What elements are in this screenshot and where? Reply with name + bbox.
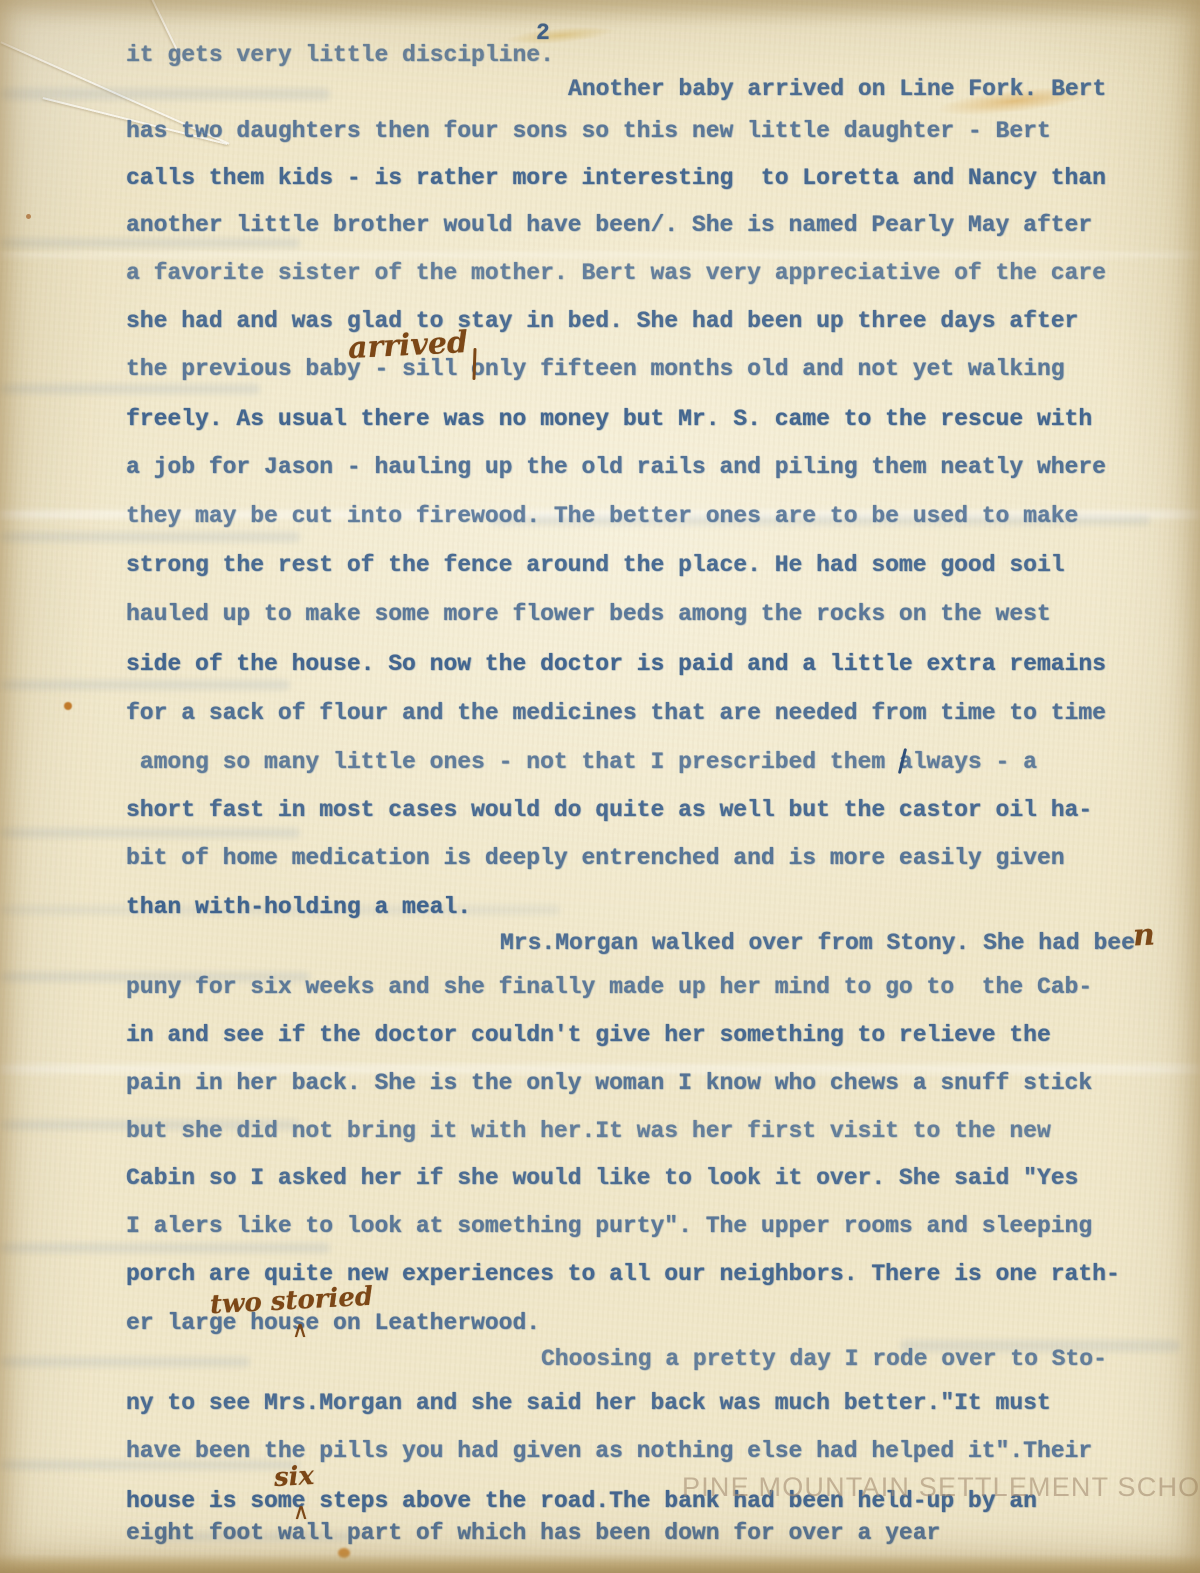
typed-line: side of the house. So now the doctor is … <box>126 651 1106 677</box>
typed-line: among so many little ones - not that I p… <box>126 749 1037 775</box>
handwritten-annotation: n <box>1132 917 1156 953</box>
letter-page: it gets very little discipline.Another b… <box>0 0 1200 1573</box>
typed-line: bit of home medication is deeply entrenc… <box>126 845 1065 871</box>
stain <box>338 1548 350 1558</box>
ink-ghost <box>0 532 300 542</box>
typed-line: Choosing a pretty day I rode over to Sto… <box>541 1346 1107 1372</box>
ink-ghost <box>0 384 260 394</box>
typed-line: Cabin so I asked her if she would like t… <box>126 1165 1078 1191</box>
ink-ghost <box>0 1357 250 1367</box>
typed-line: she had and was glad to stay in bed. She… <box>126 308 1078 334</box>
typed-line: a job for Jason - hauling up the old rai… <box>126 454 1106 480</box>
ink-ghost <box>0 238 300 248</box>
ink-ghost <box>0 828 300 838</box>
typed-line: for a sack of flour and the medicines th… <box>126 700 1106 726</box>
typed-line: than with-holding a meal. <box>126 894 471 920</box>
typed-line: another little brother would have been/.… <box>126 212 1092 238</box>
typed-line: freely. As usual there was no money but … <box>126 406 1092 432</box>
typed-line: hauled up to make some more flower beds … <box>126 601 1051 627</box>
typed-line: has two daughters then four sons so this… <box>126 118 1051 144</box>
typed-line: the previous baby - sill only fifteen mo… <box>126 356 1065 382</box>
typed-line: short fast in most cases would do quite … <box>126 797 1092 823</box>
paper-bottom-edge <box>0 1554 1200 1573</box>
handwritten-caret: ∧ <box>293 1500 309 1525</box>
typed-line: in and see if the doctor couldn't give h… <box>126 1022 1051 1048</box>
page-number: 2 <box>536 20 550 46</box>
typed-line: Another baby arrived on Line Fork. Bert <box>568 76 1106 102</box>
typed-line: have been the pills you had given as not… <box>126 1438 1092 1464</box>
typed-line: I alers like to look at something purty"… <box>126 1213 1092 1239</box>
fold-band <box>0 252 1200 258</box>
typed-line: ny to see Mrs.Morgan and she said her ba… <box>126 1390 1051 1416</box>
typed-line: pain in her back. She is the only woman … <box>126 1070 1092 1096</box>
typed-line: porch are quite new experiences to all o… <box>126 1261 1120 1287</box>
stain <box>26 214 31 219</box>
typed-line: puny for six weeks and she finally made … <box>126 974 1092 1000</box>
typed-line: eight foot wall part of which has been d… <box>126 1520 940 1546</box>
handwritten-caret: ∧ <box>292 1318 308 1343</box>
typed-line: they may be cut into firewood. The bette… <box>126 503 1078 529</box>
typed-line: it gets very little discipline. <box>126 42 554 68</box>
ink-ghost <box>0 680 290 690</box>
typed-line: Mrs.Morgan walked over from Stony. She h… <box>500 930 1135 956</box>
typed-line: a favorite sister of the mother. Bert wa… <box>126 260 1106 286</box>
ink-ghost <box>0 1243 330 1253</box>
handwritten-annotation: six <box>273 1461 315 1493</box>
typed-line: strong the rest of the fence around the … <box>126 552 1065 578</box>
typed-line: but she did not bring it with her.It was… <box>126 1118 1051 1144</box>
watermark: PINE MOUNTAIN SETTLEMENT SCHOOL 2015 <box>682 1472 1200 1503</box>
stain <box>64 702 72 710</box>
typed-line: er large house on Leatherwood. <box>126 1310 540 1336</box>
ink-ghost <box>0 88 330 100</box>
handwritten-annotation: arrived <box>347 325 469 366</box>
typed-line: calls them kids - is rather more interes… <box>126 165 1106 191</box>
